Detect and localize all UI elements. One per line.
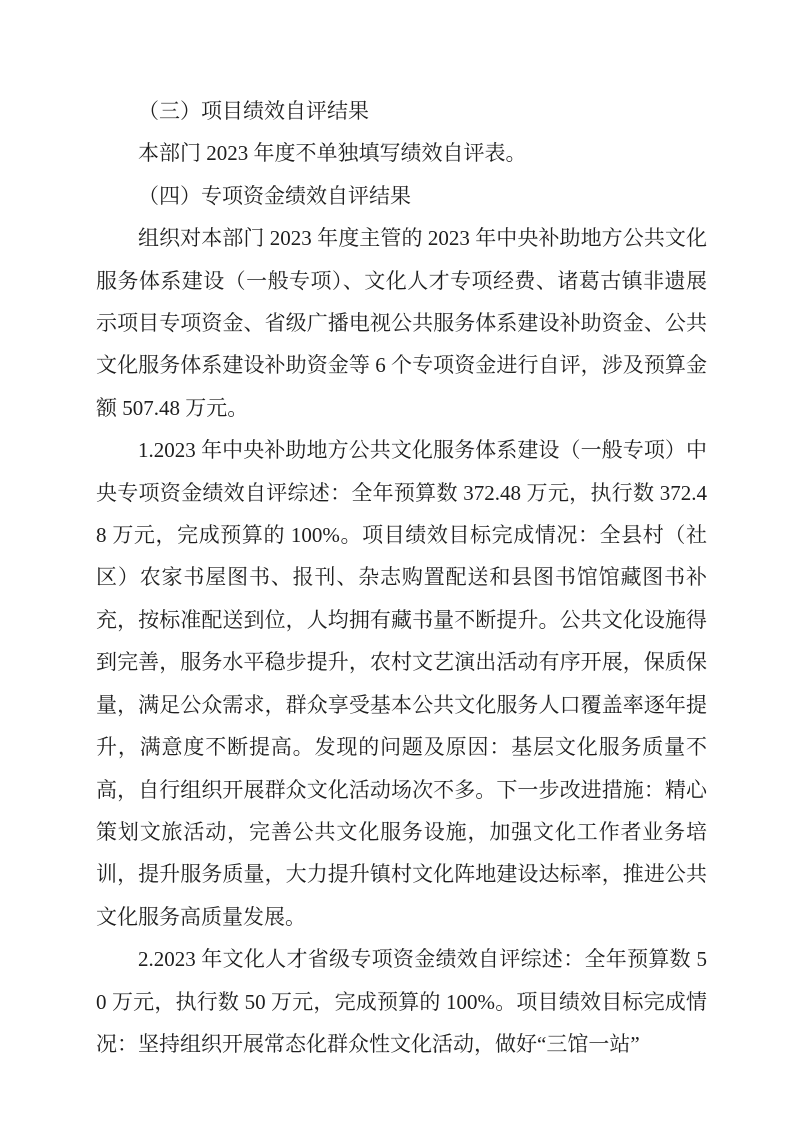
document-page: （三）项目绩效自评结果 本部门 2023 年度不单独填写绩效自评表。 （四）专项…	[0, 0, 793, 1122]
paragraph-fund-2-culture-talent: 2.2023 年文化人才省级专项资金绩效自评综述：全年预算数 50 万元，执行数…	[96, 938, 707, 1065]
section-heading-3: （三）项目绩效自评结果	[96, 90, 707, 132]
section-heading-4: （四）专项资金绩效自评结果	[96, 175, 707, 217]
paragraph-no-separate-self-eval: 本部门 2023 年度不单独填写绩效自评表。	[96, 132, 707, 174]
paragraph-special-funds-overview: 组织对本部门 2023 年度主管的 2023 年中央补助地方公共文化服务体系建设…	[96, 217, 707, 429]
document-body: （三）项目绩效自评结果 本部门 2023 年度不单独填写绩效自评表。 （四）专项…	[96, 90, 707, 1065]
paragraph-fund-1-central-subsidy: 1.2023 年中央补助地方公共文化服务体系建设（一般专项）中央专项资金绩效自评…	[96, 429, 707, 938]
